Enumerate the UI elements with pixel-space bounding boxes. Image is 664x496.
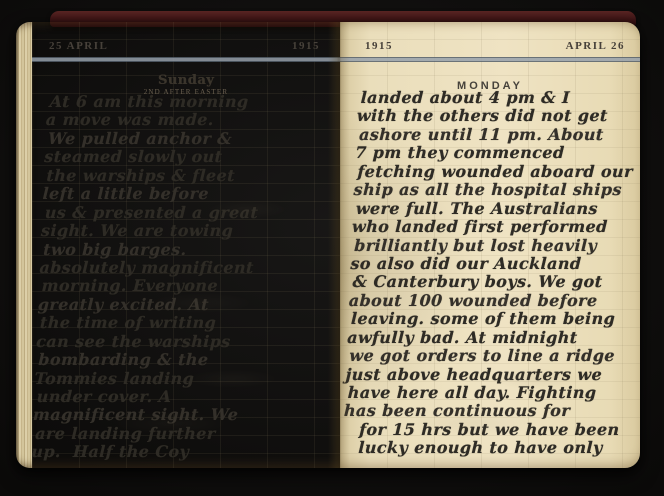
diary-line: 7 pm they commenced [355, 144, 644, 162]
diary-line: left a little before [42, 185, 342, 203]
diary-line: fetching wounded aboard our [357, 163, 643, 181]
diary-line: who landed first performed [352, 218, 641, 236]
diary-line: can see the warships [36, 333, 336, 351]
diary-line: awfully bad. At midnight [347, 329, 636, 347]
diary-line: the warships & fleet [46, 167, 343, 185]
page-header: 1915 APRIL 26 [365, 40, 625, 52]
diary-page-right: 1915 APRIL 26 MONDAY landed about 4 pm &… [340, 22, 640, 468]
diary-line: are landing further [35, 425, 332, 443]
header-rule [32, 57, 340, 62]
diary-line: & Canterbury boys. We got [352, 273, 638, 291]
diary-line: greatly excited. At [37, 296, 337, 314]
diary-line: us & presented a great [44, 204, 341, 222]
diary-line: magnificent sight. We [33, 406, 333, 424]
diary-entry: landed about 4 pm & I with the others di… [342, 89, 646, 458]
page-header: 25 APRIL 1915 [49, 40, 320, 52]
diary-book: 25 APRIL 1915 Sunday 2ND AFTER EASTER At… [16, 10, 640, 470]
diary-line: has been continuous for [344, 402, 633, 420]
diary-line: morning. Everyone [41, 277, 338, 295]
day-heading: Sunday [32, 73, 340, 88]
diary-line: landed about 4 pm & I [360, 89, 646, 107]
diary-open-pages: 25 APRIL 1915 Sunday 2ND AFTER EASTER At… [16, 22, 640, 468]
diary-line: just above headquarters we [345, 366, 634, 384]
diary-line: lucky enough to have only [358, 439, 631, 457]
diary-line: a move was made. [45, 111, 345, 129]
diary-line: with the others did not get [356, 107, 645, 125]
diary-line: brilliantly but lost heavily [354, 237, 640, 255]
diary-entry: At 6 am this morning a move was made. We… [31, 93, 346, 462]
diary-line: for 15 hrs but we have been [359, 421, 632, 439]
diary-page-left: 25 APRIL 1915 Sunday 2ND AFTER EASTER At… [32, 22, 340, 468]
diary-line: steamed slowly out [44, 148, 344, 166]
diary-line: We pulled anchor & [48, 130, 345, 148]
date-label: 25 APRIL [49, 40, 108, 52]
diary-line: we got orders to line a ridge [349, 347, 635, 365]
diary-line: At 6 am this morning [49, 93, 346, 111]
diary-line: ship as all the hospital ships [353, 181, 642, 199]
diary-line: leaving. some of them being [351, 310, 637, 328]
diary-line: about 100 wounded before [348, 292, 637, 310]
page-edges-stack [16, 22, 32, 468]
diary-line: sight. We are towing [41, 222, 341, 240]
diary-line: so also did our Auckland [350, 255, 639, 273]
header-rule [340, 57, 640, 62]
diary-line: ashore until 11 pm. About [359, 126, 645, 144]
diary-line: the time of writing [40, 314, 337, 332]
date-label: APRIL 26 [566, 40, 625, 52]
diary-line: under cover. A [36, 388, 333, 406]
diary-line: absolutely magnificent [39, 259, 339, 277]
diary-line: bombarding & the [38, 351, 335, 369]
year-label: 1915 [292, 40, 320, 52]
year-label: 1915 [365, 40, 393, 52]
diary-line: Tommies landing [34, 370, 334, 388]
diary-line: two big barges. [43, 241, 340, 259]
diary-line: have here all day. Fighting [347, 384, 633, 402]
diary-line: were full. The Australians [355, 200, 641, 218]
diary-line: up. Half the Coy [31, 443, 331, 461]
